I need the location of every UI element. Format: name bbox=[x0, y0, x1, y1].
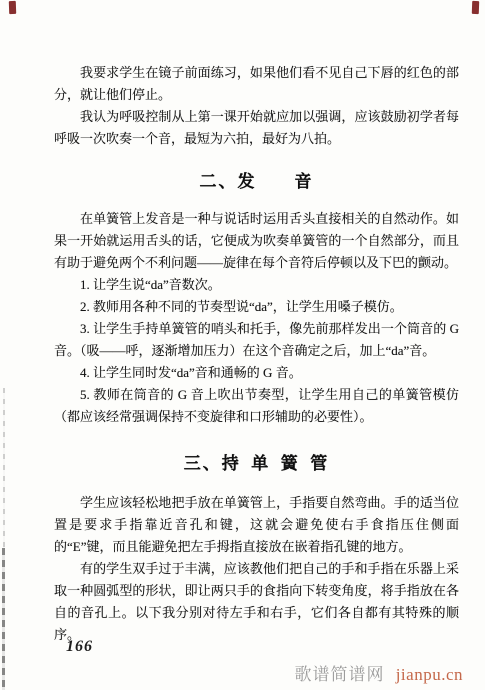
binding-artifact-upper bbox=[3, 388, 5, 548]
numbered-step: 1. 让学生说“da”音数次。 bbox=[54, 274, 459, 296]
scanned-book-page: 我要求学生在镜子前面练习，如果他们看不见自己下唇的红色的部分，就让他们停止。 我… bbox=[0, 0, 485, 690]
body-paragraph: 有的学生双手过于丰满，应该教他们把自己的手和手指在乐器上采取一种圆弧型的形状，即… bbox=[54, 558, 459, 646]
body-paragraph: 学生应该轻松地把手放在单簧管上，手指要自然弯曲。手的适当位置是要求手指靠近音孔和… bbox=[54, 492, 459, 558]
red-ink-mark-top-left bbox=[9, 1, 16, 14]
numbered-step: 3. 让学生手持单簧管的哨头和托手，像先前那样发出一个筒音的 G 音。（吸——呼… bbox=[54, 318, 459, 362]
body-paragraph: 我认为呼吸控制从上第一课开始就应加以强调，应该鼓励初学者每呼吸一次吹奏一个音，最… bbox=[54, 106, 459, 150]
watermark: 歌谱简谱网 jianpu.cn bbox=[294, 660, 463, 685]
body-paragraph: 在单簧管上发音是一种与说话时运用舌头直接相关的自然动作。如果一开始就运用舌头的话… bbox=[54, 208, 459, 274]
numbered-step: 2. 教师用各种不同的节奏型说“da”，让学生用嗓子模仿。 bbox=[54, 296, 459, 318]
body-paragraph: 我要求学生在镜子前面练习，如果他们看不见自己下唇的红色的部分，就让他们停止。 bbox=[54, 62, 459, 106]
section-heading-articulation: 二、发 音 bbox=[54, 170, 459, 194]
watermark-url: jianpu.cn bbox=[396, 665, 463, 684]
numbered-step: 5. 教师在筒音的 G 音上吹出节奏型，让学生用自己的单簧管模仿（都应该经常强调… bbox=[54, 384, 459, 428]
watermark-site-name: 歌谱简谱网 bbox=[294, 665, 384, 684]
binding-artifact-lower bbox=[2, 548, 5, 690]
numbered-step: 4. 让学生同时发“da”音和通畅的 G 音。 bbox=[54, 362, 459, 384]
page-number: 166 bbox=[66, 638, 93, 656]
red-ink-mark-top-right bbox=[472, 1, 479, 14]
page-body: 我要求学生在镜子前面练习，如果他们看不见自己下唇的红色的部分，就让他们停止。 我… bbox=[54, 56, 459, 646]
section-heading-holding: 三、持 单 簧 管 bbox=[54, 452, 459, 476]
